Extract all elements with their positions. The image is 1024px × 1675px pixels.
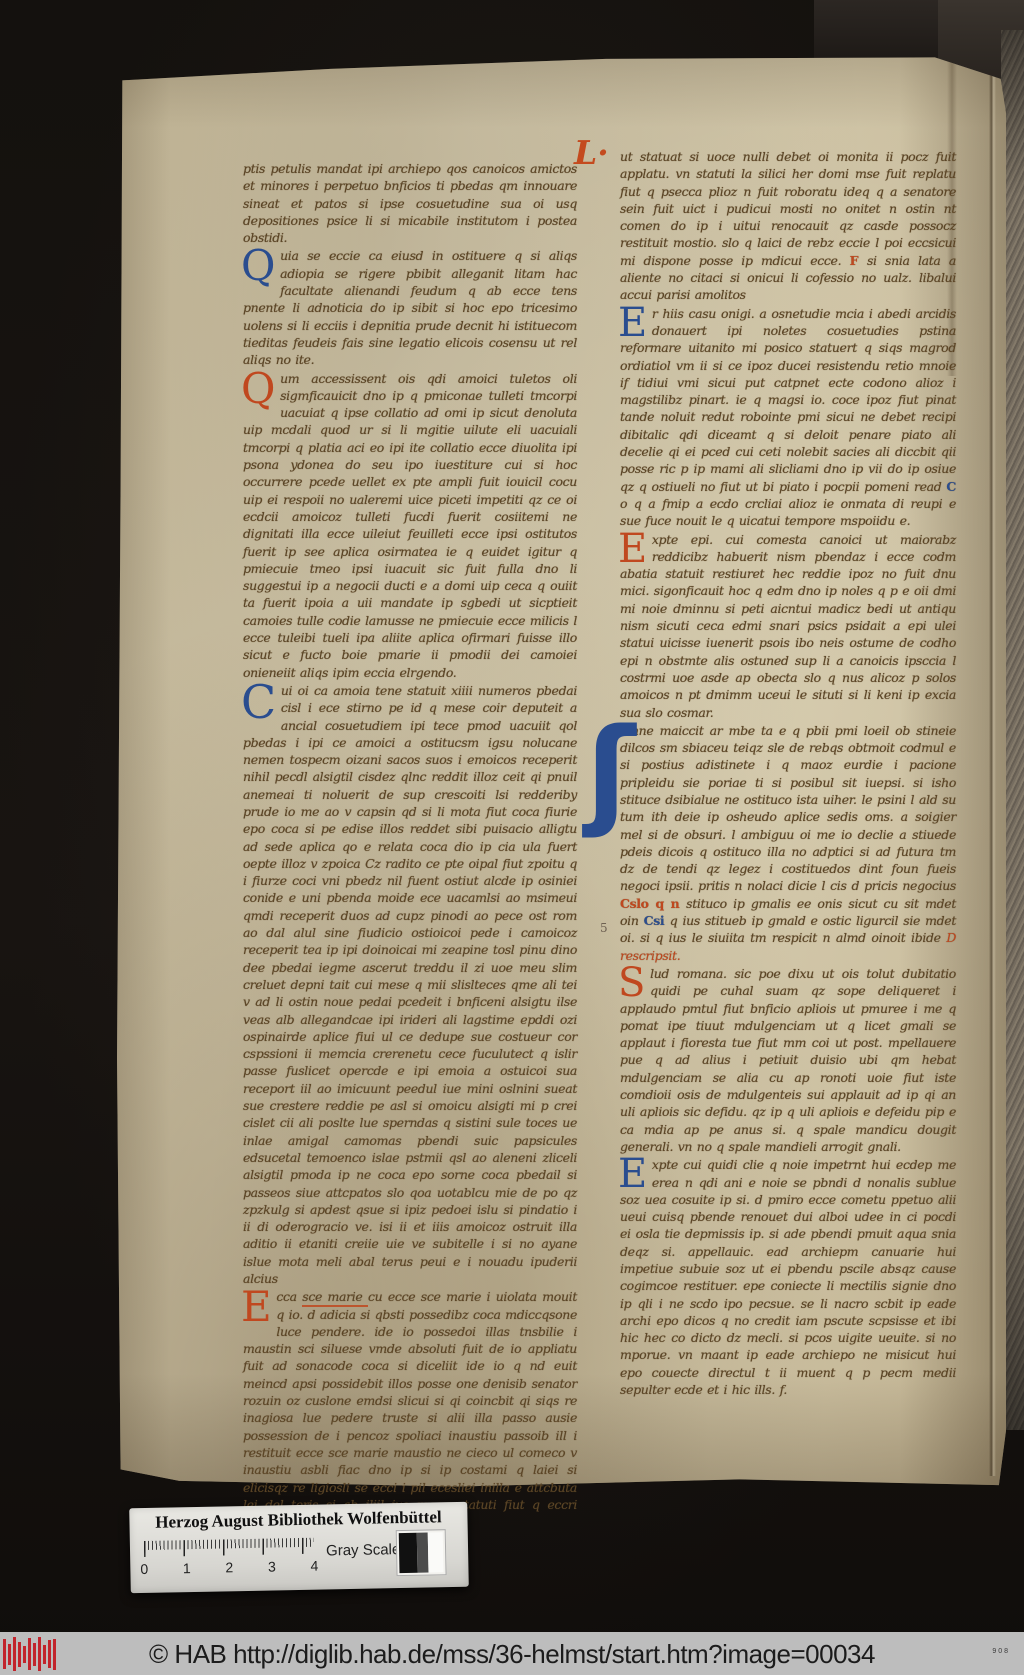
manuscript-paragraph: Qum accessissent ois qdi amoici tuletos … bbox=[243, 370, 577, 681]
manuscript-text: ptis petulis mandat ipi archiepo qos can… bbox=[243, 161, 577, 245]
rubricated-segment: sce marie bbox=[302, 1289, 368, 1307]
manuscript-text: lud romana. sic poe dixu ut ois tolut du… bbox=[620, 966, 956, 1154]
rubricated-segment: Cslo q n bbox=[620, 896, 686, 911]
manuscript-paragraph: Expte cui quidi clie q noie impetrnt hui… bbox=[620, 1156, 956, 1398]
manuscript-text: omne maiccit ar mbe ta e q pbii pmi loei… bbox=[620, 723, 956, 894]
gray-scale-black-swatch bbox=[399, 1533, 417, 1573]
ruler-numbers: 01234 bbox=[140, 1558, 318, 1577]
illuminated-initial-E: E bbox=[618, 534, 647, 565]
manuscript-text: cca bbox=[276, 1289, 302, 1304]
manuscript-paragraph: ut statuat si uoce nulli debet oi monita… bbox=[620, 148, 956, 304]
manuscript-paragraph: Cui oi ca amoia tene statuit xiiii numer… bbox=[243, 682, 577, 1287]
illuminated-initial-E: E bbox=[618, 1159, 647, 1190]
illuminated-initial-Q: Q bbox=[241, 373, 275, 406]
manuscript-text: uia se eccie ca eiusd in ostituere q si … bbox=[243, 248, 577, 367]
manuscript-paragraph: Expte epi. cui comesta canoici ut maiora… bbox=[620, 531, 956, 721]
margin-numeral: 5 bbox=[600, 921, 608, 935]
manuscript-column-left: ptis petulis mandat ipi archiepo qos can… bbox=[243, 160, 577, 1531]
manuscript-text: o q a fmip a ecdo crcliai alioz ie onmat… bbox=[620, 496, 956, 528]
rubricated-segment: Csi bbox=[644, 913, 670, 928]
rubricated-segment: C bbox=[946, 479, 956, 494]
ruler-number: 3 bbox=[268, 1558, 276, 1574]
gray-scale-patch bbox=[396, 1529, 447, 1576]
manuscript-paragraph: Ecca sce marie cu ecce sce marie i uiola… bbox=[243, 1288, 577, 1530]
gray-scale-white-swatch bbox=[427, 1532, 443, 1572]
ruler-number: 1 bbox=[183, 1560, 191, 1576]
footer-bar: © HAB http://diglib.hab.de/mss/36-helmst… bbox=[0, 1632, 1024, 1675]
footer-corner-mark: 908 bbox=[992, 1648, 1010, 1655]
manuscript-text: xpte epi. cui comesta canoici ut maiorab… bbox=[620, 532, 956, 720]
illuminated-initial-S: S bbox=[618, 968, 645, 999]
centimeter-ruler: 01234 bbox=[144, 1538, 323, 1581]
manuscript-text: xpte cui quidi clie q noie impetrnt hui … bbox=[620, 1157, 956, 1397]
page-fold-line bbox=[989, 66, 996, 1476]
ruler-number: 2 bbox=[225, 1559, 233, 1575]
ruler-number: 4 bbox=[310, 1558, 318, 1574]
illuminated-initial-J: ʃ bbox=[586, 718, 635, 824]
rubricated-segment: F bbox=[850, 253, 867, 268]
ruler-cm-ticks bbox=[144, 1538, 316, 1557]
manuscript-paragraph: Quia se eccie ca eiusd in ostituere q si… bbox=[243, 247, 577, 368]
manuscript-text: cu ecce sce marie i uiolata mouit q io. … bbox=[243, 1289, 577, 1529]
manuscript-paragraph: Er hiis casu onigi. a osnetudie mcia i a… bbox=[620, 305, 956, 530]
manuscript-paragraph: Slud romana. sic poe dixu ut ois tolut d… bbox=[620, 965, 956, 1155]
ruler-number: 0 bbox=[140, 1561, 148, 1577]
manuscript-text: ui oi ca amoia tene statuit xiiii numero… bbox=[243, 683, 577, 1286]
manuscript-text: q ius stitueb ip gmald e ostic ligurcil … bbox=[620, 913, 956, 945]
manuscript-column-right: ut statuat si uoce nulli debet oi monita… bbox=[620, 148, 956, 1399]
digitized-manuscript-scan: L· 5 ptis petulis mandat ipi archiepo qo… bbox=[0, 0, 1024, 1675]
gray-scale-label: Gray Scale bbox=[326, 1541, 401, 1559]
manuscript-text: r hiis casu onigi. a osnetudie mcia i ab… bbox=[620, 306, 956, 494]
copyright-url-text: © HAB http://diglib.hab.de/mss/36-helmst… bbox=[0, 1639, 1024, 1670]
manuscript-text: um accessissent ois qdi amoici tuletos o… bbox=[243, 371, 577, 680]
library-scale-card: Herzog August Bibliothek Wolfenbüttel 01… bbox=[129, 1502, 469, 1593]
manuscript-paragraph: ʃomne maiccit ar mbe ta e q pbii pmi loe… bbox=[620, 722, 956, 964]
folio-number-mark: L· bbox=[574, 133, 609, 172]
illuminated-initial-E: E bbox=[618, 308, 647, 339]
illuminated-initial-C: C bbox=[241, 685, 276, 721]
illuminated-initial-E: E bbox=[241, 1291, 271, 1324]
illuminated-initial-Q: Q bbox=[241, 250, 275, 283]
manuscript-text: ut statuat si uoce nulli debet oi monita… bbox=[620, 149, 956, 268]
manuscript-paragraph: ptis petulis mandat ipi archiepo qos can… bbox=[243, 160, 577, 246]
gray-scale-gray-swatch bbox=[416, 1533, 428, 1573]
